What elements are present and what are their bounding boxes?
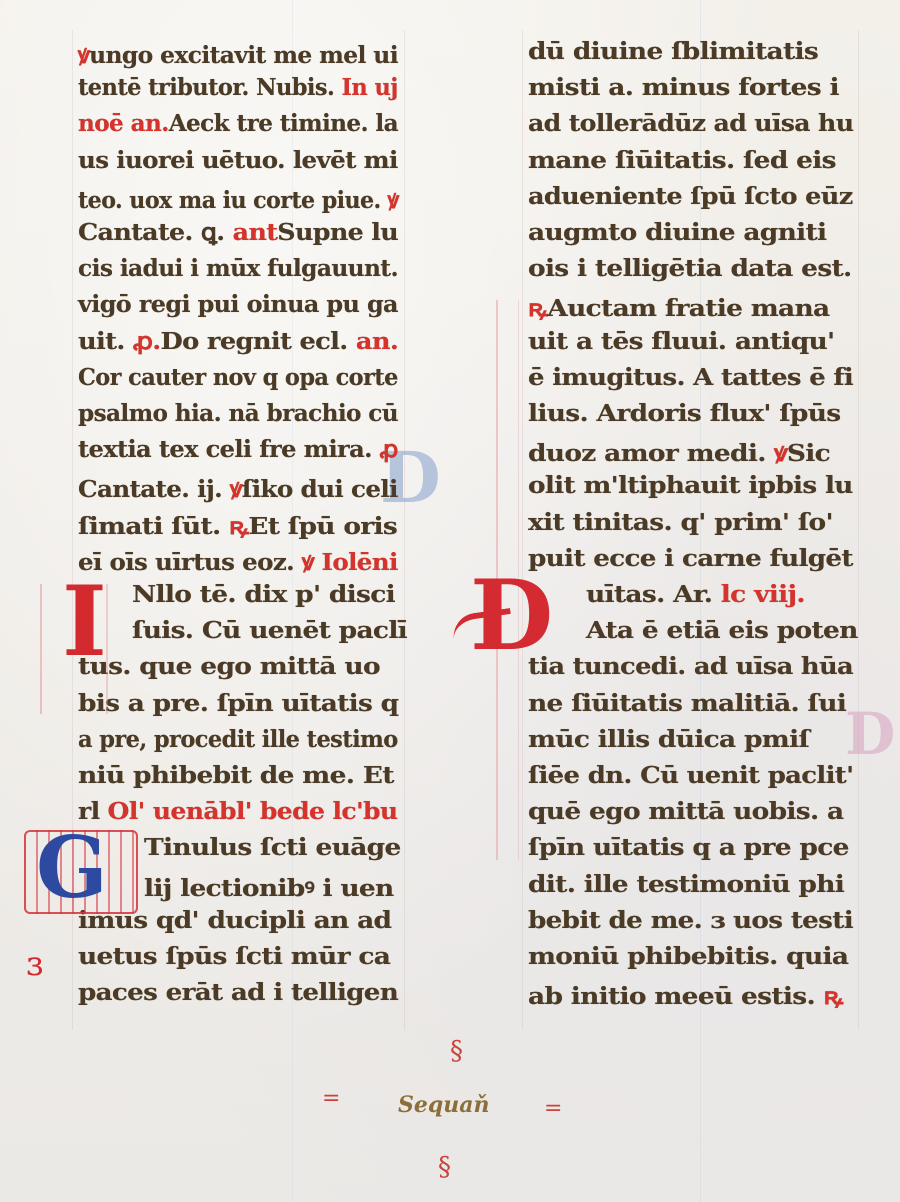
body-text: Supne lu xyxy=(277,219,398,246)
text-line: Cantate. ij. ꝟſiko dui celi xyxy=(78,472,398,504)
body-text: ſuis. Cū uenēt paclī xyxy=(132,617,407,644)
body-text: dit. ille testimoniū phi xyxy=(528,871,844,898)
initial-letter-i: I xyxy=(62,574,107,670)
text-line: cis iadui i mūx fulgauunt. xyxy=(78,255,398,282)
body-text: quē ego mittā uobis. a xyxy=(528,798,843,825)
body-text: uit. xyxy=(78,328,133,355)
text-line: psalmo hia. nā brachio cū xyxy=(78,400,398,427)
body-text: Ata ē etiā eis poten xyxy=(586,617,858,644)
body-text: dū diuine ſblimitatis xyxy=(528,38,818,65)
rubric-text: ant xyxy=(233,219,278,246)
text-line: adueniente ſpū ſcto eūz xyxy=(528,183,853,210)
body-text: ab initio meeū estis. xyxy=(528,983,823,1010)
text-line: lius. Ardoris flux' ſpūs xyxy=(528,400,840,427)
rubric-text: ꝟ xyxy=(774,440,787,467)
body-text: psalmo hia. nā brachio cū xyxy=(78,400,398,427)
text-line: uetus ſpūs ſcti mūr ca xyxy=(78,943,390,970)
text-line: niū phibebit de me. Et xyxy=(78,762,394,789)
body-text: ſiēe dn. Cū uenit paclit' xyxy=(528,762,853,789)
text-line: augmto diuine agniti xyxy=(528,219,826,246)
initial-letter-g: G xyxy=(36,826,108,910)
text-line: puit ecce i carne fulgēt xyxy=(528,545,853,572)
body-text: mane ſiūitatis. ſed eis xyxy=(528,147,836,174)
body-text: olit m'ltiphauit ipbis lu xyxy=(528,472,853,499)
body-text: mūc illis dūica pmiſ xyxy=(528,726,809,753)
catchword-ornament-left: = xyxy=(322,1086,340,1111)
text-line: ē imugitus. A tattes ē fi xyxy=(528,364,853,391)
body-text: adueniente ſpū ſcto eūz xyxy=(528,183,853,210)
body-text: ſimati ſūt. xyxy=(78,513,229,540)
text-line: tentē tributor. Nubis. In uj xyxy=(78,74,398,101)
body-text: duoz amor medi. xyxy=(528,440,774,467)
rubric-text: ꝟ Iolēni xyxy=(302,549,398,576)
body-text: Cor cauter nov q opa corte xyxy=(78,364,398,391)
text-line: ſpīn uītatis q a pre pce xyxy=(528,834,849,861)
text-line: paces erāt ad i telligen xyxy=(78,979,398,1006)
catchword-ornament-bottom: § xyxy=(438,1152,451,1182)
rubric-text: ꝓ. xyxy=(133,328,161,355)
body-text: us iuorei uētuo. levēt mi xyxy=(78,147,398,174)
catchword-ornament-top: § xyxy=(450,1036,463,1066)
text-line: uit. ꝓ.Do regnit ecl. an. xyxy=(78,328,398,355)
body-text: augmto diuine agniti xyxy=(528,219,826,246)
margin-mark: ɜ xyxy=(26,944,43,984)
body-text: ad tollerādūz ad uīsa hu xyxy=(528,110,853,137)
body-text: lius. Ardoris flux' ſpūs xyxy=(528,400,840,427)
rubric-text: In uj xyxy=(341,74,397,101)
text-line: xit tinitas. q' prim' ſo' xyxy=(528,509,833,536)
rubric-text: lc viij. xyxy=(721,581,805,608)
catchword: Sequaň xyxy=(398,1092,490,1118)
text-line: uit a tēs fluui. antiqu' xyxy=(528,328,834,355)
text-line: eī oīs uīrtus eoz. ꝟ Iolēni xyxy=(78,545,398,577)
body-text: uit a tēs fluui. antiqu' xyxy=(528,328,834,355)
rubric-text: ꝶ xyxy=(528,295,547,322)
body-text: moniū phibebitis. quia xyxy=(528,943,848,970)
body-text: Sic xyxy=(787,440,830,467)
text-line: Cor cauter nov q opa corte xyxy=(78,364,398,391)
offset-initial-ghost: D xyxy=(845,700,895,768)
text-line: misti a. minus fortes i xyxy=(528,74,839,101)
catchword-ornament-right: = xyxy=(544,1096,562,1121)
text-line: uītas. Ar. lc viij. xyxy=(586,581,805,608)
rubric-text: ꝟ xyxy=(230,476,242,503)
body-text: tus. que ego mittā uo xyxy=(78,653,380,680)
initial-letter-d: D xyxy=(470,568,553,664)
text-line: dit. ille testimoniū phi xyxy=(528,871,844,898)
rubric-text: ꝟ xyxy=(388,187,399,214)
body-text: ē imugitus. A tattes ē fi xyxy=(528,364,853,391)
text-line: moniū phibebitis. quia xyxy=(528,943,848,970)
body-text: ſpīn uītatis q a pre pce xyxy=(528,834,849,861)
body-text: a pre, procedit ille testimo xyxy=(78,726,398,753)
rubric-text: ꝶ xyxy=(823,983,842,1010)
text-line: us iuorei uētuo. levēt mi xyxy=(78,147,398,174)
ruling-line xyxy=(858,30,859,1030)
text-line: quē ego mittā uobis. a xyxy=(528,798,843,825)
text-line: bebit de me. ɜ uos testi xyxy=(528,907,853,934)
body-text: Cantate. ij. xyxy=(78,476,230,503)
body-text: ungo excitavit me mel ui xyxy=(89,42,398,69)
ruling-line xyxy=(404,30,405,1030)
text-line: ſimati ſūt. ꝶEt ſpū oris xyxy=(78,509,397,541)
text-line: ſuis. Cū uenēt paclī xyxy=(132,617,407,644)
text-line: ꝶAuctam fratie mana xyxy=(528,291,830,323)
body-text: Auctam fratie mana xyxy=(547,295,829,322)
body-text: ne ſiūitatis malitiā. ſui xyxy=(528,690,846,717)
body-text: tia tuncedi. ad uīsa hūa xyxy=(528,653,853,680)
text-line: ois i telligētia data est. xyxy=(528,255,852,282)
text-line: ſiēe dn. Cū uenit paclit' xyxy=(528,762,853,789)
manuscript-page: D D ꝟungo excitavit me mel uitentē tribu… xyxy=(0,0,900,1202)
body-text: misti a. minus fortes i xyxy=(528,74,839,101)
body-text: tentē tributor. Nubis. xyxy=(78,74,341,101)
body-text: lij lectionibꝰ i uen xyxy=(144,875,394,902)
rubric-text: ꝟ xyxy=(78,42,89,69)
text-line: mane ſiūitatis. ſed eis xyxy=(528,147,836,174)
body-text: Et ſpū oris xyxy=(248,513,397,540)
ruling-line xyxy=(522,30,523,1030)
text-line: bis a pre. ſpīn uītatis q xyxy=(78,690,398,717)
text-line: lij lectionibꝰ i uen xyxy=(144,871,394,903)
rubric-text: noē an. xyxy=(78,110,169,137)
text-line: mūc illis dūica pmiſ xyxy=(528,726,809,753)
body-text: bis a pre. ſpīn uītatis q xyxy=(78,690,398,717)
text-line: Ata ē etiā eis poten xyxy=(586,617,858,644)
body-text: Cantate. ꝗ. xyxy=(78,219,233,246)
body-text: eī oīs uīrtus eoz. xyxy=(78,549,302,576)
text-line: Cantate. ꝗ. antSupne lu xyxy=(78,219,398,246)
text-line: tia tuncedi. ad uīsa hūa xyxy=(528,653,853,680)
text-line: dū diuine ſblimitatis xyxy=(528,38,818,65)
text-line: duoz amor medi. ꝟSic xyxy=(528,436,830,468)
text-line: a pre, procedit ille testimo xyxy=(78,726,398,753)
rubric-text: an. xyxy=(356,328,398,355)
text-line: noē an.Aeck tre timine. la xyxy=(78,110,398,137)
body-text: Tinulus ſcti euāge xyxy=(144,834,401,861)
body-text: bebit de me. ɜ uos testi xyxy=(528,907,853,934)
body-text: uītas. Ar. xyxy=(586,581,721,608)
body-text: niū phibebit de me. Et xyxy=(78,762,394,789)
text-line: ad tollerādūz ad uīsa hu xyxy=(528,110,853,137)
text-line: ab initio meeū estis. ꝶ xyxy=(528,979,843,1011)
body-text: ſiko dui celi xyxy=(242,476,398,503)
body-text: Do regnit ecl. xyxy=(161,328,356,355)
rubric-text: ꝶ xyxy=(229,513,248,540)
body-text: paces erāt ad i telligen xyxy=(78,979,398,1006)
body-text: Aeck tre timine. la xyxy=(169,110,398,137)
body-text: ois i telligētia data est. xyxy=(528,255,852,282)
body-text: textia tex celi fre mira. xyxy=(78,436,380,463)
text-line: Tinulus ſcti euāge xyxy=(144,834,401,861)
text-line: tus. que ego mittā uo xyxy=(78,653,380,680)
text-line: vigō regi pui oinua pu ga xyxy=(78,291,398,318)
text-line: Nllo tē. dix p' disci xyxy=(132,581,395,608)
text-line: ꝟungo excitavit me mel ui xyxy=(78,38,398,70)
body-text: xit tinitas. q' prim' ſo' xyxy=(528,509,833,536)
body-text: vigō regi pui oinua pu ga xyxy=(78,291,398,318)
text-line: olit m'ltiphauit ipbis lu xyxy=(528,472,853,499)
text-line: textia tex celi fre mira. ꝓ xyxy=(78,436,398,463)
rubric-text: Ol' uenābl' bede lc'bu xyxy=(108,798,398,825)
body-text: puit ecce i carne fulgēt xyxy=(528,545,853,572)
text-line: rl Ol' uenābl' bede lc'bu xyxy=(78,798,398,825)
text-line: ne ſiūitatis malitiā. ſui xyxy=(528,690,846,717)
body-text: teo. uox ma iu corte piue. xyxy=(78,187,388,214)
body-text: uetus ſpūs ſcti mūr ca xyxy=(78,943,390,970)
body-text: Nllo tē. dix p' disci xyxy=(132,581,395,608)
body-text: cis iadui i mūx fulgauunt. xyxy=(78,255,398,282)
text-line: teo. uox ma iu corte piue. ꝟ xyxy=(78,183,398,215)
rubric-text: ꝓ xyxy=(380,436,398,463)
